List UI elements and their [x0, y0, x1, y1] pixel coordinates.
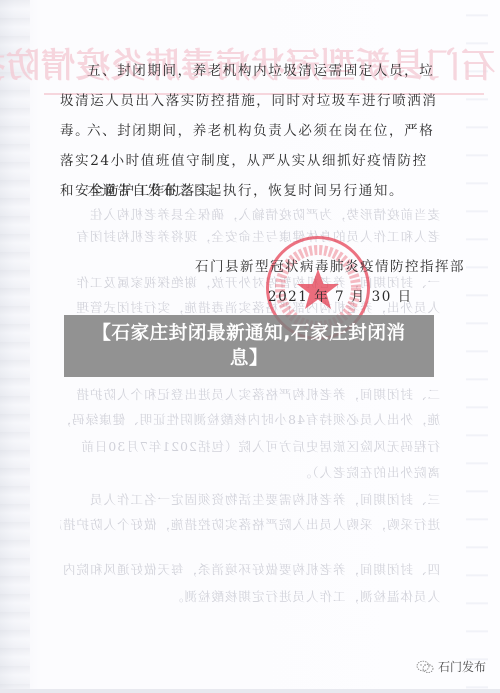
overlay-title: 【石家庄封闭最新通知,石家庄封闭消息】: [80, 321, 418, 371]
watermark-label: 石门发布: [438, 658, 486, 675]
issuer-signature: 石门县新型冠状病毒肺炎疫情防控指挥部: [195, 255, 465, 275]
bleed-line: 老人和工作人员的身体健康与生命安全，现将养老机构封闭有: [60, 222, 440, 252]
issue-date: 2021 年 7 月 30 日: [268, 285, 413, 305]
page-bottom-edge: [0, 689, 500, 693]
bleed-line: 进行采购，采购人员出入院严格落实防控措施，做好个人防护措施。: [60, 510, 440, 540]
bleed-line: 四、封闭期间，养老机构要做好环境消杀，每天做好通风和院内: [60, 555, 440, 585]
bleed-line: 人员体温检测，工作人员进行定期核酸检测。: [60, 582, 440, 612]
bleed-line: 施，外出人员必须持有48小时内核酸检测阴性证明、健康绿码，: [60, 405, 440, 435]
title-overlay: 【石家庄封闭最新通知,石家庄封闭消息】: [64, 315, 434, 377]
paragraph-effective: 本通告自发布之日起执行，恢复时间另行通知。: [60, 176, 440, 206]
bleed-line: 离院外出的在院老人）。: [60, 458, 440, 488]
document-page: 石门县新型冠状病毒肺炎疫情防控指挥部 麦当前疫情形势，为严防疫情输入，确保全县养…: [0, 0, 500, 693]
paragraph-text: 本通告自发布之日起执行，恢复时间另行通知。: [87, 183, 404, 199]
wechat-icon: [416, 660, 434, 674]
scan-edge-marks: [466, 0, 488, 693]
source-watermark: 石门发布: [416, 658, 486, 675]
scan-shadow: [0, 0, 30, 693]
